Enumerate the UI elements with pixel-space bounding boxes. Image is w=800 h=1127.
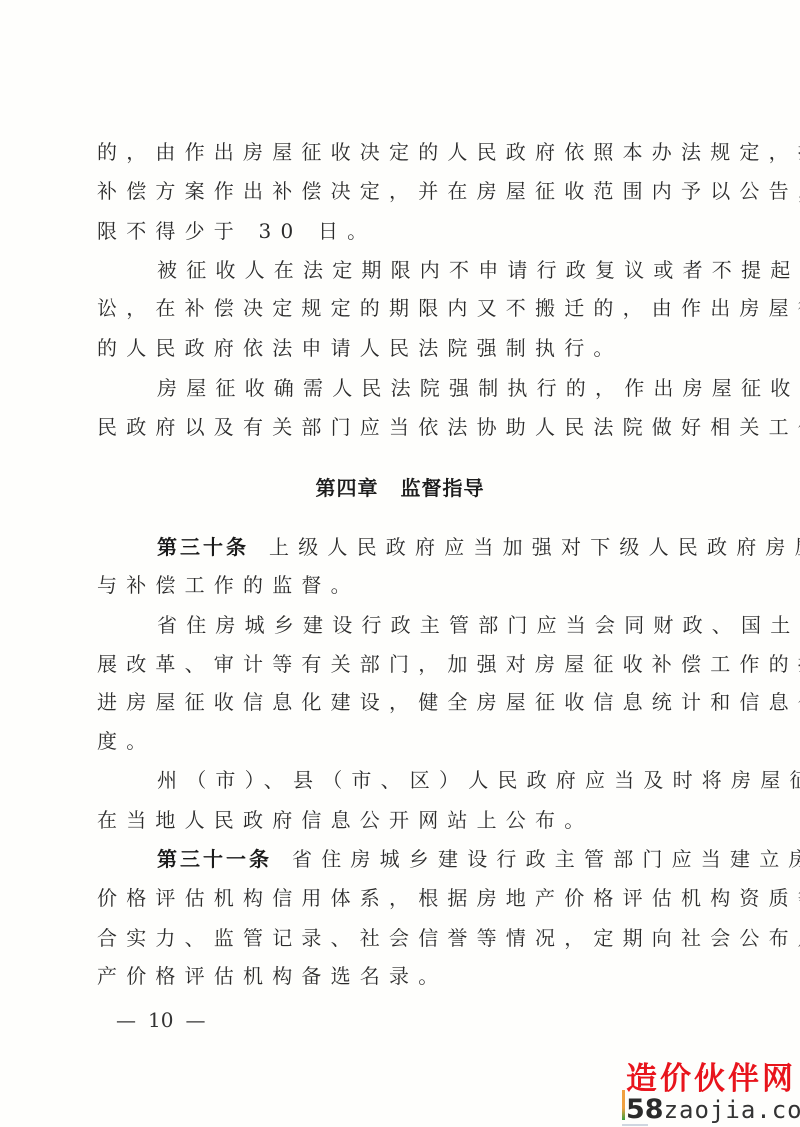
text-line: 讼，在补偿决定规定的期限内又不搬迁的，由作出房屋征收决定	[97, 296, 800, 320]
article-31-line: 第三十一条省住房城乡建设行政主管部门应当建立房地产	[157, 847, 800, 871]
text-line: 州（市）、县（市、区）人民政府应当及时将房屋征收决定	[157, 768, 800, 792]
chapter-number: 第四章	[316, 476, 379, 500]
text-line: 省住房城乡建设行政主管部门应当会同财政、国土资源、发	[157, 613, 800, 637]
text-line: 的人民政府依法申请人民法院强制执行。	[97, 336, 623, 360]
text-line: 的，由作出房屋征收决定的人民政府依照本办法规定，按照征收	[97, 140, 800, 164]
watermark-title: 造价伙伴网	[626, 1062, 796, 1096]
text-line: 合实力、监管记录、社会信誉等情况，定期向社会公布从事房地	[97, 926, 800, 950]
text-line: 在当地人民政府信息公开网站上公布。	[97, 808, 593, 832]
text-line: 补偿方案作出补偿决定，并在房屋征收范围内予以公告，公告期	[97, 179, 800, 203]
text-line: 上级人民政府应当加强对下级人民政府房屋征收	[269, 535, 800, 559]
text-line: 进房屋征收信息化建设，健全房屋征收信息统计和信息公开制	[97, 690, 800, 714]
text-line: 民政府以及有关部门应当依法协助人民法院做好相关工作。	[97, 415, 800, 439]
watermark-domain: 58zaojia.com	[626, 1097, 800, 1126]
text-line: 限不得少于 30 日。	[97, 219, 376, 243]
site-watermark: 造价伙伴网 58zaojia.com	[622, 1062, 800, 1127]
page-number-value: 10	[148, 1008, 173, 1032]
watermark-domain-text: zaojia.com	[664, 1096, 800, 1124]
watermark-accent-bar	[622, 1090, 625, 1120]
text-line: 价格评估机构信用体系，根据房地产价格评估机构资质等级、综	[97, 886, 800, 910]
chapter-heading: 第四章监督指导	[0, 476, 800, 500]
article-30-line: 第三十条上级人民政府应当加强对下级人民政府房屋征收	[157, 535, 800, 559]
page-number: —10—	[104, 1008, 217, 1032]
page-dash-right: —	[185, 1008, 205, 1032]
text-line: 与补偿工作的监督。	[97, 573, 360, 597]
watermark-underline	[622, 1124, 648, 1126]
text-line: 产价格评估机构备选名录。	[97, 964, 447, 988]
chapter-title: 监督指导	[401, 476, 485, 500]
text-line: 房屋征收确需人民法院强制执行的，作出房屋征收决定的人	[157, 376, 800, 400]
watermark-domain-number: 58	[626, 1094, 664, 1125]
page-dash-left: —	[116, 1008, 136, 1032]
text-line: 省住房城乡建设行政主管部门应当建立房地产	[292, 847, 800, 871]
article-label: 第三十一条	[157, 847, 272, 871]
article-label: 第三十条	[157, 535, 249, 559]
document-page: 的，由作出房屋征收决定的人民政府依照本办法规定，按照征收 补偿方案作出补偿决定，…	[0, 0, 800, 1127]
text-line: 被征收人在法定期限内不申请行政复议或者不提起行政诉	[157, 258, 800, 282]
text-line: 度。	[97, 729, 155, 753]
text-line: 展改革、审计等有关部门，加强对房屋征收补偿工作的指导，推	[97, 652, 800, 676]
